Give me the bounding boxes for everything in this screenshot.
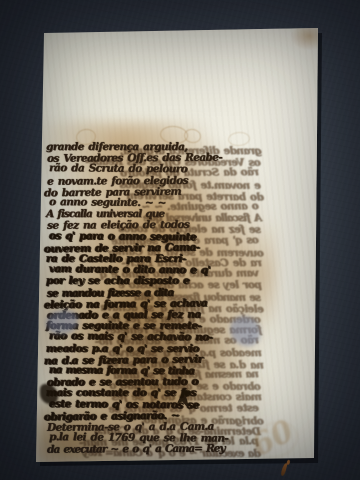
bleed-darkening <box>42 262 268 444</box>
manuscript-page: grande diferença arguida,os Vereadores O… <box>0 0 360 480</box>
handwritten-line: o anno seguinte. ~ ~ <box>49 197 267 210</box>
background-fleck <box>280 463 287 477</box>
photo-backdrop: grande diferença arguida,os Vereadores O… <box>0 0 360 480</box>
handwritten-line: da executar ~ e o q' a Cama= Rey <box>47 444 265 457</box>
